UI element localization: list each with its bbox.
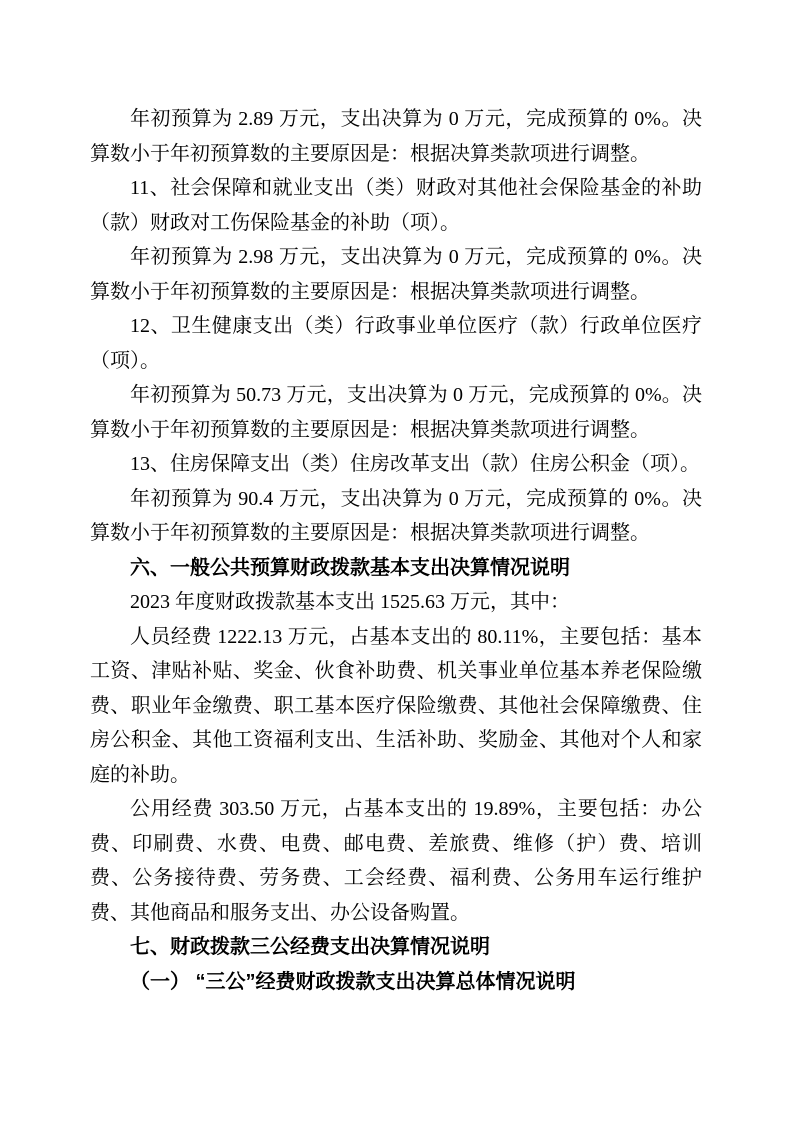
section-heading-6-basic-expenditure: 六、一般公共预算财政拨款基本支出决算情况说明	[90, 551, 702, 586]
subsection-heading-1-overall-situation: （一） “三公”经费财政拨款支出决算总体情况说明	[90, 965, 702, 1000]
paragraph-item-12-health: 12、卫生健康支出（类）行政事业单位医疗（款）行政单位医疗（项）。	[90, 309, 702, 378]
document-page: 年初预算为 2.89 万元，支出决算为 0 万元，完成预算的 0%。决算数小于年…	[0, 0, 793, 1122]
section-heading-7-three-public-funds: 七、财政拨款三公经费支出决算情况说明	[90, 930, 702, 965]
paragraph-public-expenses: 公用经费 303.50 万元，占基本支出的 19.89%，主要包括：办公费、印刷…	[90, 792, 702, 930]
paragraph-basic-expenditure-total: 2023 年度财政拨款基本支出 1525.63 万元，其中：	[90, 585, 702, 620]
paragraph-budget-note-item13: 年初预算为 90.4 万元，支出决算为 0 万元，完成预算的 0%。决算数小于年…	[90, 482, 702, 551]
paragraph-item-11-social-security: 11、社会保障和就业支出（类）财政对其他社会保险基金的补助（款）财政对工伤保险基…	[90, 171, 702, 240]
document-content: 年初预算为 2.89 万元，支出决算为 0 万元，完成预算的 0%。决算数小于年…	[90, 102, 702, 999]
paragraph-budget-note-item11: 年初预算为 2.98 万元，支出决算为 0 万元，完成预算的 0%。决算数小于年…	[90, 240, 702, 309]
paragraph-budget-note-item10: 年初预算为 2.89 万元，支出决算为 0 万元，完成预算的 0%。决算数小于年…	[90, 102, 702, 171]
paragraph-item-13-housing: 13、住房保障支出（类）住房改革支出（款）住房公积金（项）。	[90, 447, 702, 482]
paragraph-personnel-expenses: 人员经费 1222.13 万元，占基本支出的 80.11%，主要包括：基本工资、…	[90, 620, 702, 793]
paragraph-budget-note-item12: 年初预算为 50.73 万元，支出决算为 0 万元，完成预算的 0%。决算数小于…	[90, 378, 702, 447]
